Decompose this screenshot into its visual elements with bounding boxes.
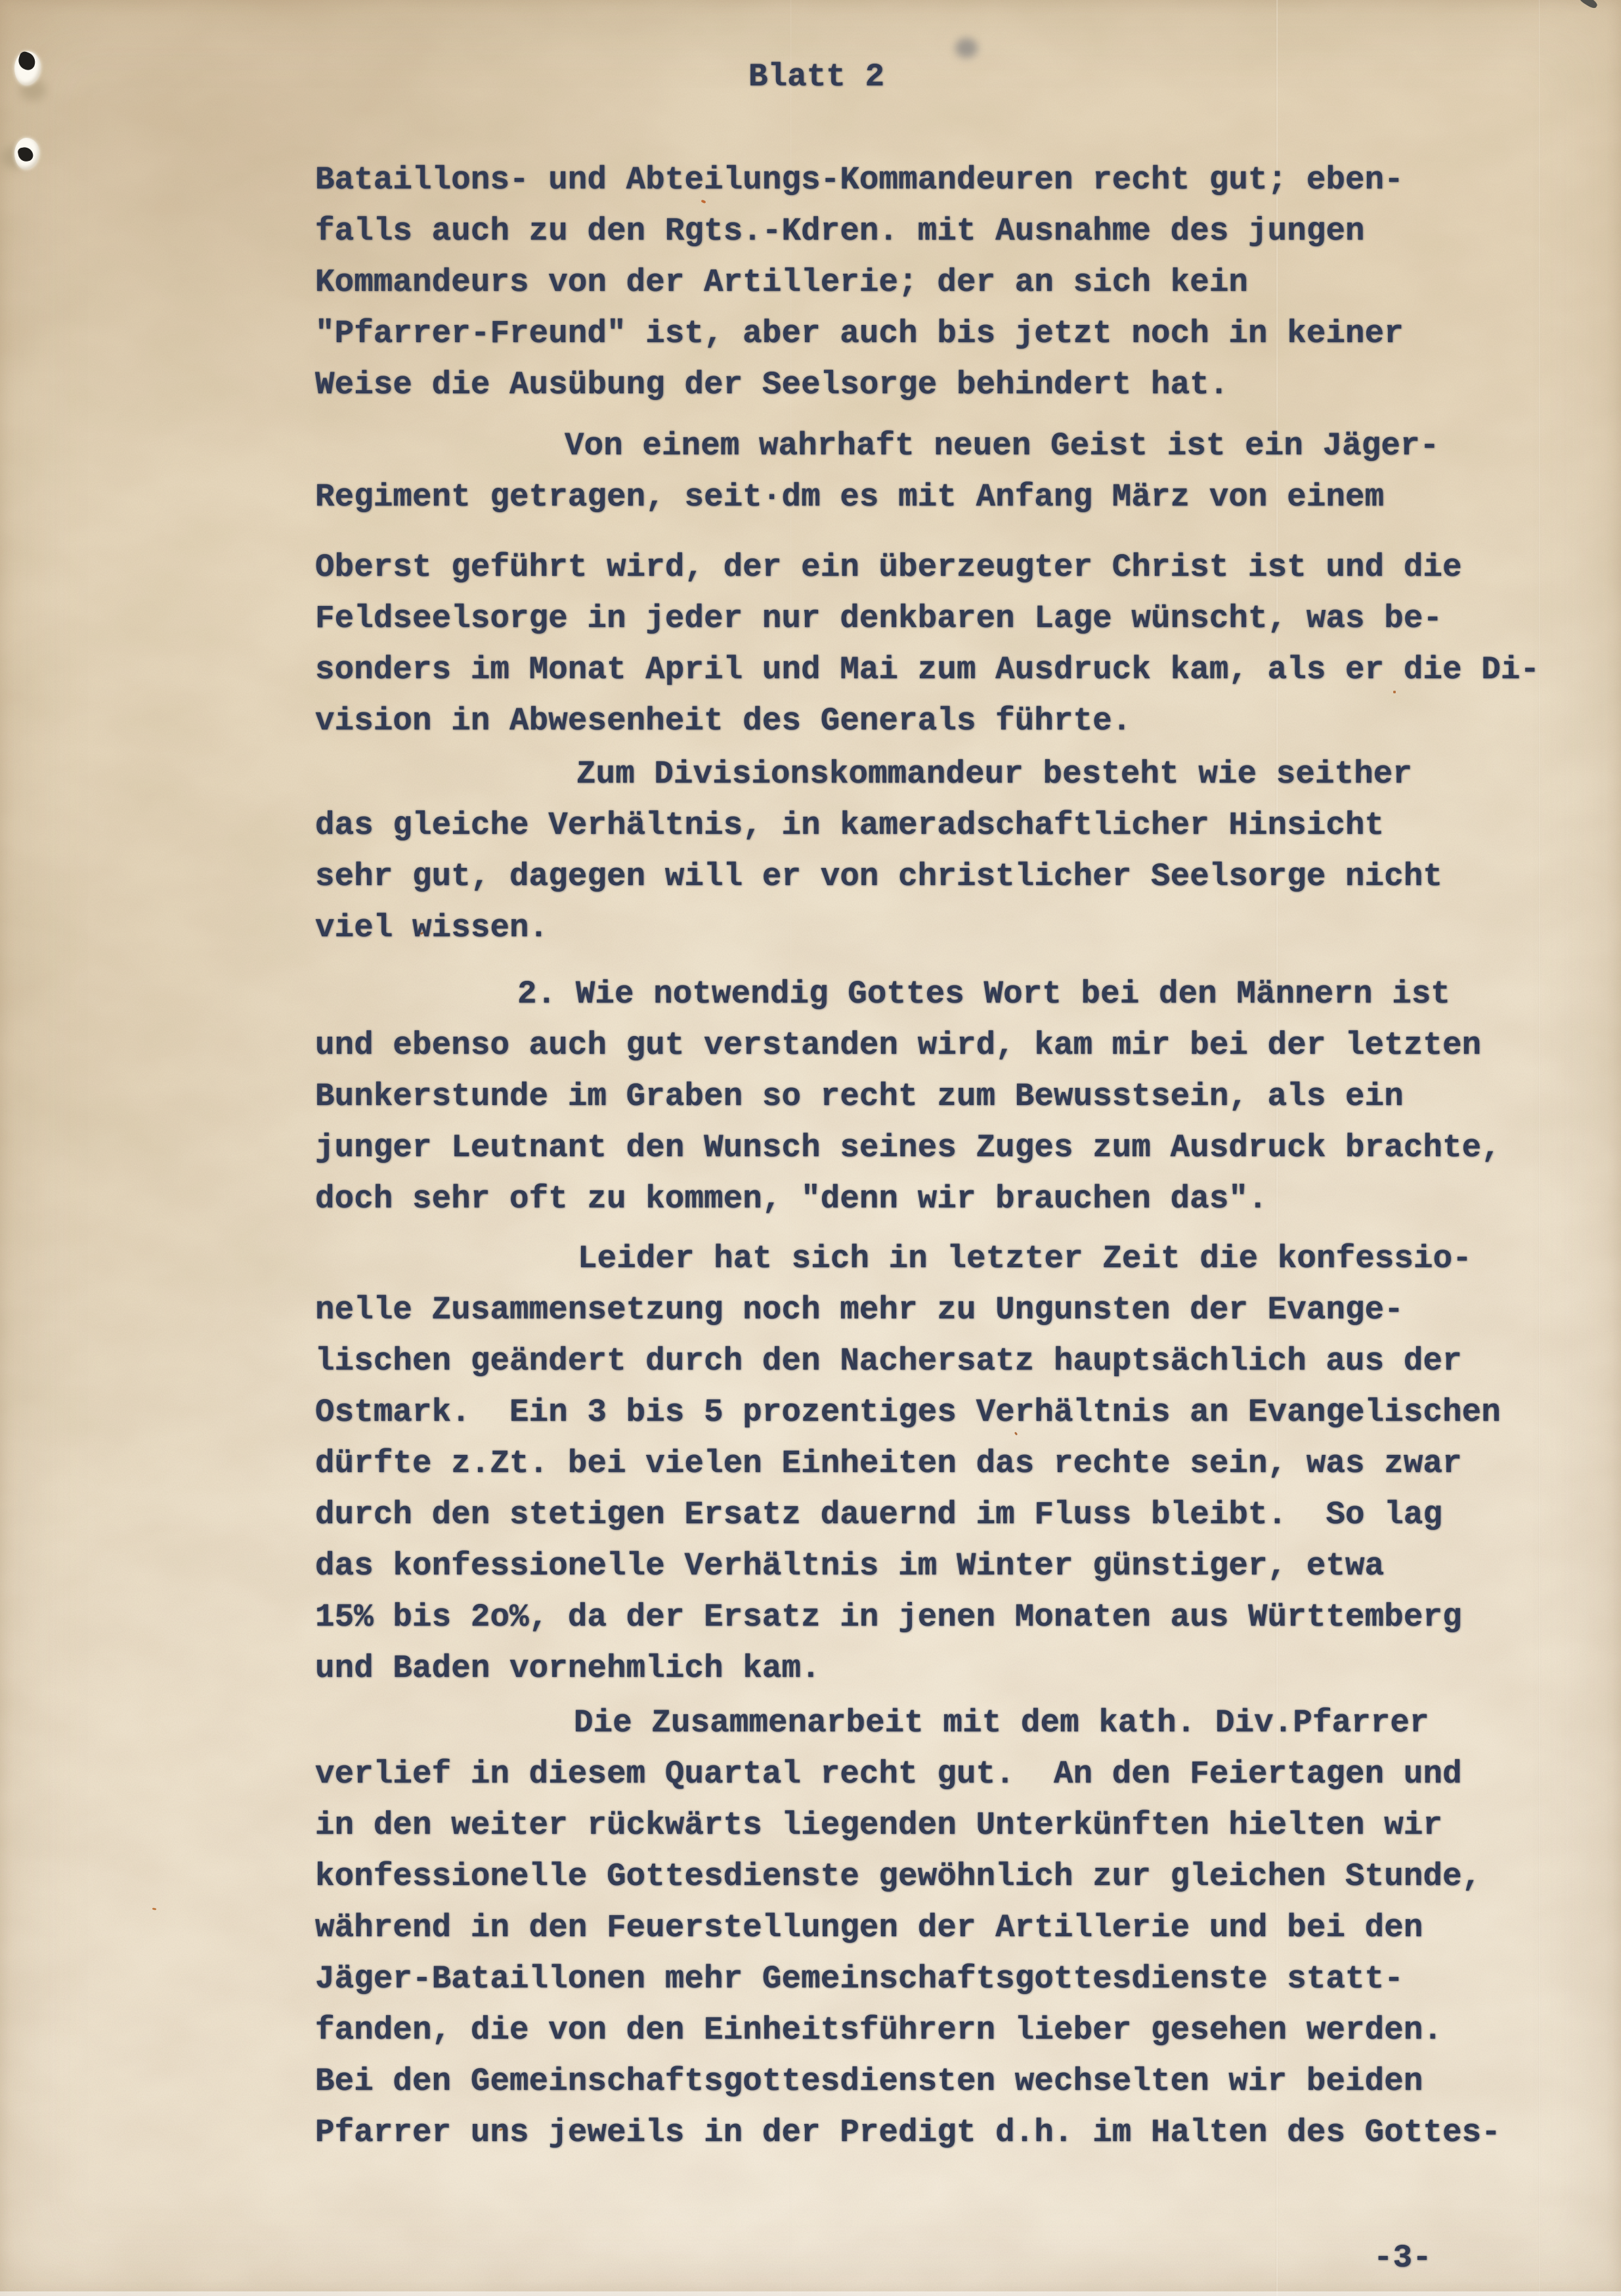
paragraph-zusammenarbeit: Die Zusammenarbeit mit dem kath. Div.Pfa… — [315, 1697, 1605, 2158]
paragraph-gottes-wort: 2. Wie notwendig Gottes Wort bei den Män… — [315, 968, 1605, 1224]
page-number: -3- — [1373, 2232, 1432, 2284]
paragraph-jaeger-regiment-start: Von einem wahrhaft neuen Geist ist ein J… — [315, 420, 1605, 523]
paragraph-konfessionelle-zusammensetzung: Leider hat sich in letzter Zeit die konf… — [315, 1233, 1605, 1694]
document-scan-page: Blatt 2 Bataillons- und Abteilungs-Komma… — [0, 0, 1621, 2296]
paragraph-continuation: Bataillons- und Abteilungs-Kommandeuren … — [315, 154, 1605, 410]
scan-edge — [0, 2291, 1621, 2296]
paragraph-divisionskommandeur: Zum Divisionskommandeur besteht wie seit… — [315, 748, 1605, 953]
paragraph-jaeger-regiment-rest: Oberst geführt wird, der ein überzeugter… — [315, 542, 1605, 747]
page-header: Blatt 2 — [748, 51, 884, 102]
typewritten-text-layer: Blatt 2 Bataillons- und Abteilungs-Komma… — [0, 0, 1621, 2296]
